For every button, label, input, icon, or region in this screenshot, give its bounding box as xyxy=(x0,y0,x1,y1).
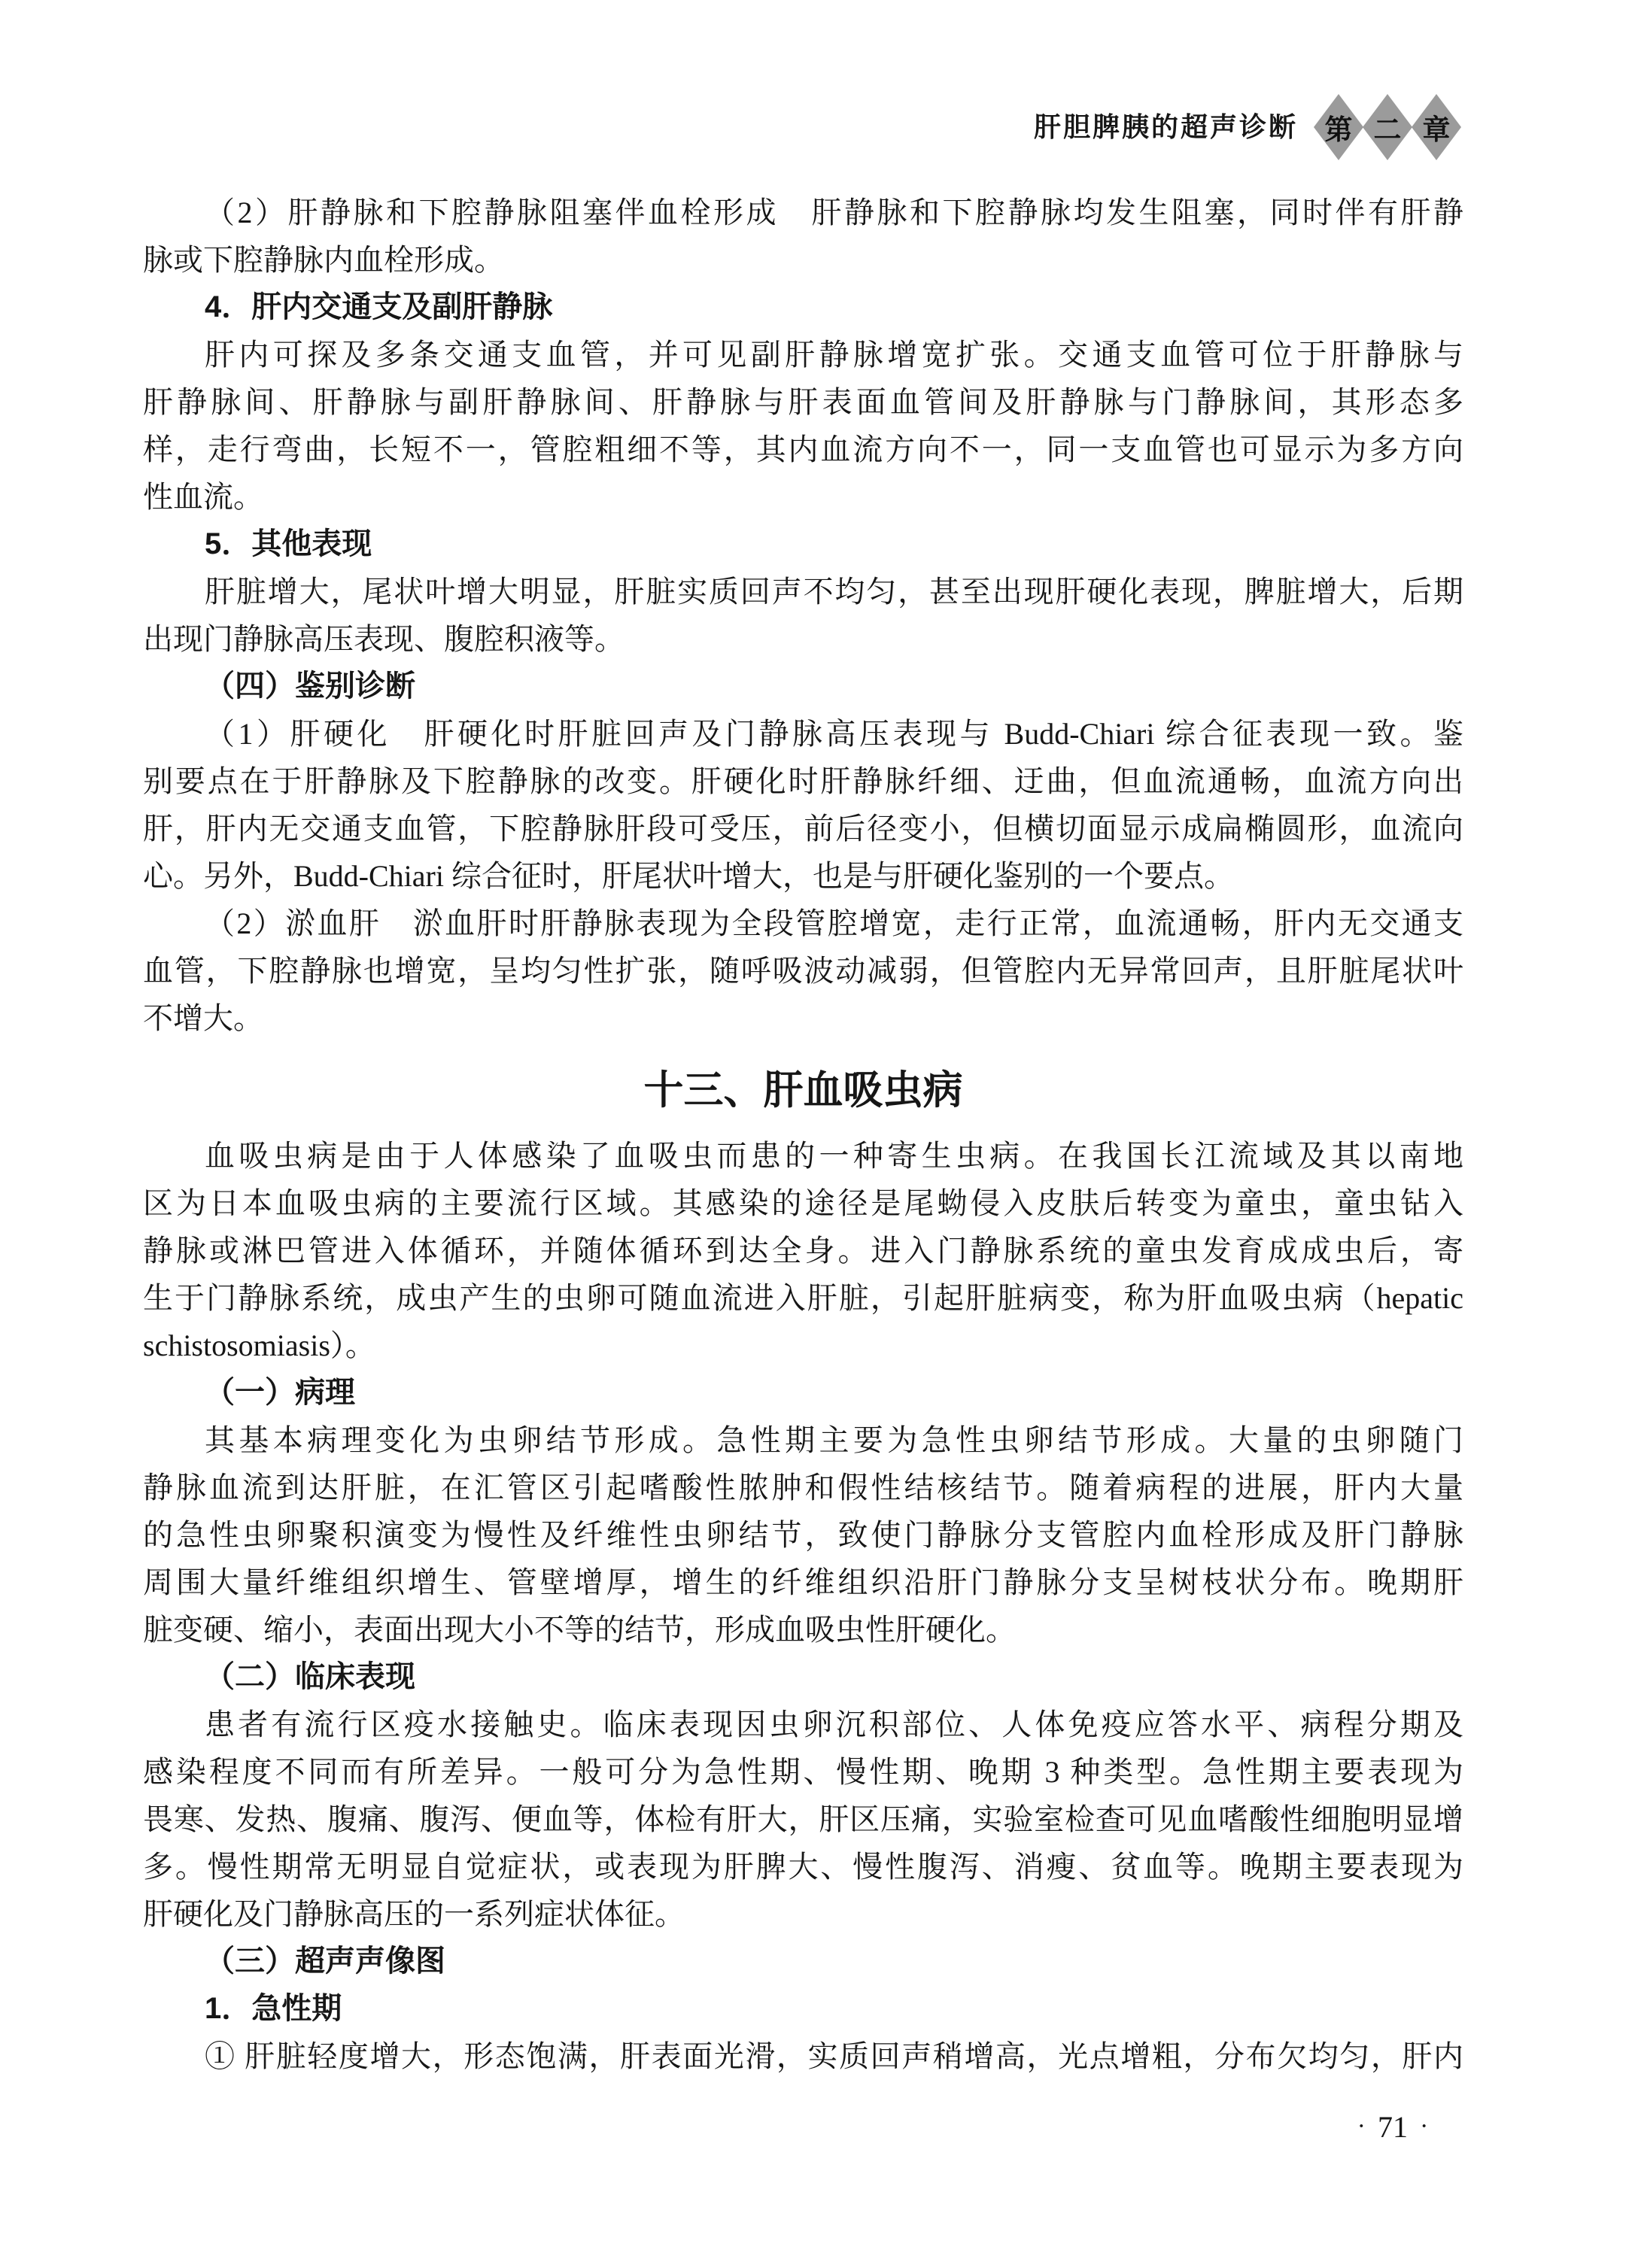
chapter-diamond-icon: 二 xyxy=(1363,94,1412,160)
text-line: 畏寒、发热、腹痛、腹泻、便血等，体检有肝大，肝区压痛，实验室检查可见血嗜酸性细胞… xyxy=(143,1796,1463,1843)
text-line: 静脉或淋巴管进入体循环，并随体循环到达全身。进入门静脉系统的童虫发育成成虫后，寄 xyxy=(143,1227,1463,1274)
text-line: 别要点在于肝静脉及下腔静脉的改变。肝硬化时肝静脉纤细、迂曲，但血流通畅，血流方向… xyxy=(143,758,1463,805)
section-heading: （三）超声声像图 xyxy=(143,1938,1463,1985)
text-line: 患者有流行区疫水接触史。临床表现因虫卵沉积部位、人体免疫应答水平、病程分期及 xyxy=(143,1701,1463,1748)
footer-decoration-dot: · xyxy=(1420,2112,1428,2141)
section-heading: 5．其他表现 xyxy=(143,521,1463,568)
text-line: 心。另外，Budd-Chiari 综合征时，肝尾状叶增大，也是与肝硬化鉴别的一个… xyxy=(143,852,1463,900)
book-page: 肝胆脾胰的超声诊断 第 二 章 （2）肝静脉和下腔静脉阻塞伴血栓形成 肝静脉和下… xyxy=(0,0,1629,2268)
running-title: 肝胆脾胰的超声诊断 xyxy=(1034,93,1298,161)
text-line: 其基本病理变化为虫卵结节形成。急性期主要为急性虫卵结节形成。大量的虫卵随门 xyxy=(143,1416,1463,1464)
text-line: 肝内可探及多条交通支血管，并可见副肝静脉增宽扩张。交通支血管可位于肝静脉与 xyxy=(143,331,1463,378)
text-line: 感染程度不同而有所差异。一般可分为急性期、慢性期、晚期 3 种类型。急性期主要表… xyxy=(143,1748,1463,1796)
footer-decoration-dot: · xyxy=(1357,2112,1366,2141)
text-line: 出现门静脉高压表现、腹腔积液等。 xyxy=(143,615,1463,663)
text-line: 多。慢性期常无明显自觉症状，或表现为肝脾大、慢性腹泻、消瘦、贫血等。晚期主要表现… xyxy=(143,1843,1463,1890)
section-title: 十三、肝血吸虫病 xyxy=(143,1061,1463,1120)
page-number: 71 xyxy=(1378,2109,1408,2145)
text-line: 样，走行弯曲，长短不一，管腔粗细不等，其内血流方向不一，同一支血管也可显示为多方… xyxy=(143,426,1463,473)
text-line: （2）淤血肝 淤血肝时肝静脉表现为全段管腔增宽，走行正常，血流通畅，肝内无交通支 xyxy=(143,900,1463,947)
chapter-diamond-icon: 章 xyxy=(1412,94,1461,160)
page-header: 肝胆脾胰的超声诊断 第 二 章 xyxy=(143,93,1461,161)
text-line: ① 肝脏轻度增大，形态饱满，肝表面光滑，实质回声稍增高，光点增粗，分布欠均匀，肝… xyxy=(143,2033,1463,2080)
text-line: 肝硬化及门静脉高压的一系列症状体征。 xyxy=(143,1890,1463,1938)
page-footer: · 71 · xyxy=(1317,2108,1468,2145)
text-line: 肝脏增大，尾状叶增大明显，肝脏实质回声不均匀，甚至出现肝硬化表现，脾脏增大，后期 xyxy=(143,568,1463,615)
chapter-char: 第 xyxy=(1325,107,1353,147)
text-line: 脉或下腔静脉内血栓形成。 xyxy=(143,236,1463,284)
text-line: schistosomiasis）。 xyxy=(143,1322,1463,1369)
text-line: 不增大。 xyxy=(143,994,1463,1042)
section-heading: （二）临床表现 xyxy=(143,1653,1463,1701)
text-line: 肝静脉间、肝静脉与副肝静脉间、肝静脉与肝表面血管间及肝静脉与门静脉间，其形态多 xyxy=(143,378,1463,426)
text-line: （1）肝硬化 肝硬化时肝脏回声及门静脉高压表现与 Budd-Chiari 综合征… xyxy=(143,710,1463,758)
text-line: （2）肝静脉和下腔静脉阻塞伴血栓形成 肝静脉和下腔静脉均发生阻塞，同时伴有肝静 xyxy=(143,189,1463,236)
text-line: 周围大量纤维组织增生、管壁增厚，增生的纤维组织沿肝门静脉分支呈树枝状分布。晚期肝 xyxy=(143,1559,1463,1606)
chapter-diamond-icon: 第 xyxy=(1314,94,1363,160)
chapter-char: 二 xyxy=(1374,107,1402,147)
text-line: 血吸虫病是由于人体感染了血吸虫而患的一种寄生虫病。在我国长江流域及其以南地 xyxy=(143,1132,1463,1180)
chapter-char: 章 xyxy=(1423,107,1451,147)
text-line: 脏变硬、缩小，表面出现大小不等的结节，形成血吸虫性肝硬化。 xyxy=(143,1606,1463,1653)
text-line: 区为日本血吸虫病的主要流行区域。其感染的途径是尾蚴侵入皮肤后转变为童虫，童虫钻入 xyxy=(143,1180,1463,1227)
text-line: 的急性虫卵聚积演变为慢性及纤维性虫卵结节，致使门静脉分支管腔内血栓形成及肝门静脉 xyxy=(143,1511,1463,1559)
chapter-marker: 第 二 章 xyxy=(1314,94,1461,160)
text-line: 生于门静脉系统，成虫产生的虫卵可随血流进入肝脏，引起肝脏病变，称为肝血吸虫病（h… xyxy=(143,1274,1463,1322)
section-heading: 1．急性期 xyxy=(143,1985,1463,2033)
text-line: 血管，下腔静脉也增宽，呈均匀性扩张，随呼吸波动减弱，但管腔内无异常回声，且肝脏尾… xyxy=(143,947,1463,994)
section-heading: 4．肝内交通支及副肝静脉 xyxy=(143,284,1463,331)
page-body: （2）肝静脉和下腔静脉阻塞伴血栓形成 肝静脉和下腔静脉均发生阻塞，同时伴有肝静脉… xyxy=(143,189,1463,2080)
section-heading: （一）病理 xyxy=(143,1369,1463,1416)
text-line: 性血流。 xyxy=(143,473,1463,521)
section-heading: （四）鉴别诊断 xyxy=(143,663,1463,710)
text-line: 静脉血流到达肝脏，在汇管区引起嗜酸性脓肿和假性结核结节。随着病程的进展，肝内大量 xyxy=(143,1464,1463,1511)
text-line: 肝，肝内无交通支血管，下腔静脉肝段可受压，前后径变小，但横切面显示成扁椭圆形，血… xyxy=(143,805,1463,852)
